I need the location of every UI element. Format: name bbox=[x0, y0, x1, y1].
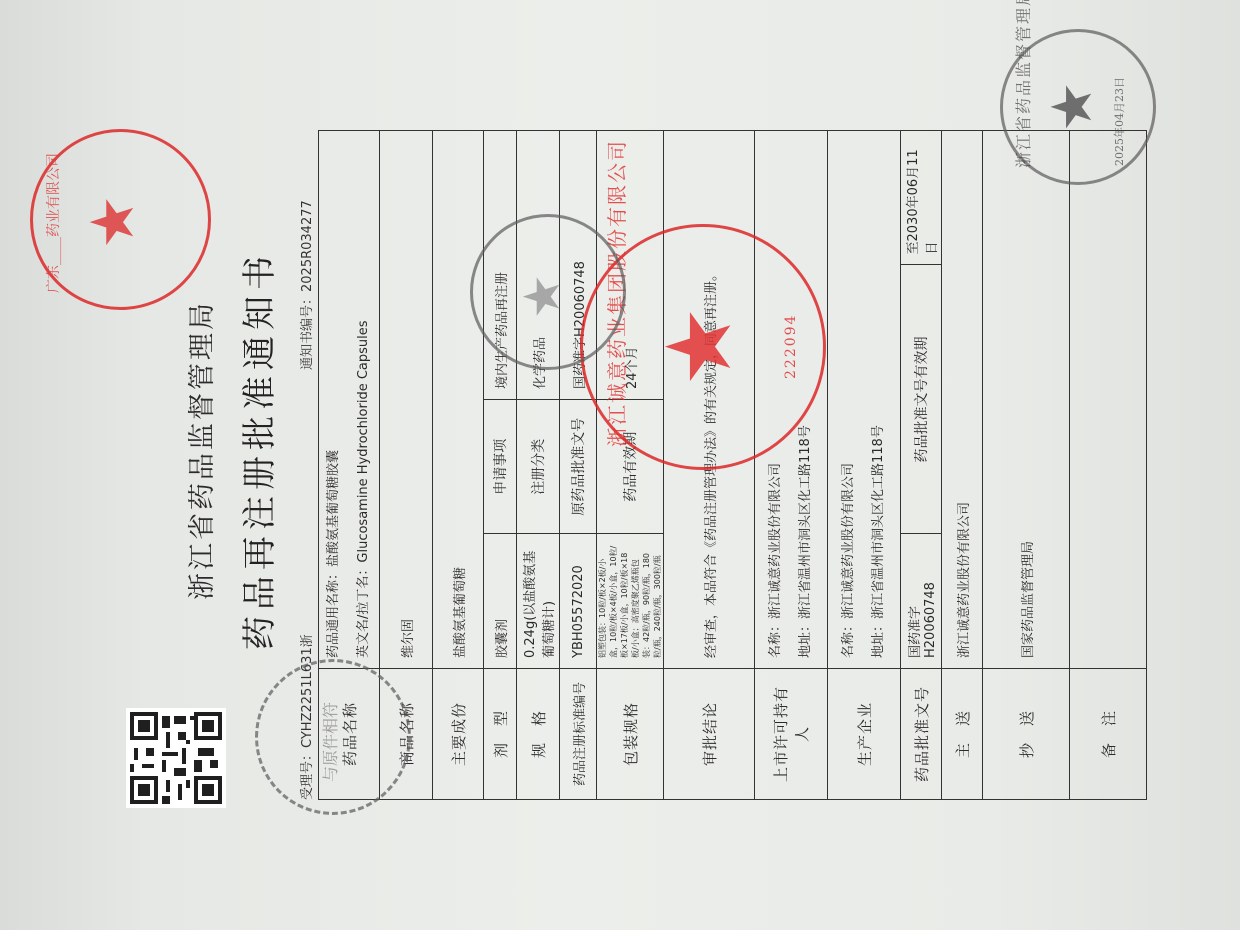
manufacturer-address: 地址：浙江省温州市洞头区化工路118号 bbox=[864, 141, 894, 658]
standard-label: 药品注册标准编号 bbox=[560, 669, 597, 800]
table-row: 药品注册标准编号 YBH05572020 原药品批准文号 国药准字H200607… bbox=[560, 131, 597, 800]
trade-name-value: 维尔固 bbox=[380, 131, 433, 669]
mah-address: 地址：浙江省温州市洞头区化工路118号 bbox=[791, 141, 821, 658]
standard-value: YBH05572020 bbox=[560, 534, 597, 669]
mah-name: 名称：浙江诚意药业股份有限公司 bbox=[761, 141, 791, 658]
table-row: 上市许可持有人 名称：浙江诚意药业股份有限公司 地址：浙江省温州市洞头区化工路1… bbox=[755, 131, 828, 800]
generic-name-label: 药品通用名称： bbox=[326, 567, 341, 658]
seal-star-icon: ★ bbox=[83, 195, 143, 249]
document-title: 药品再注册批准通知书 bbox=[232, 200, 281, 700]
english-name-label: 英文名/拉丁名： bbox=[356, 563, 371, 658]
cc-value: 国家药品监督管理局 bbox=[983, 131, 1070, 669]
table-row: 包装规格 铝塑包装：10粒/板×2板/小盒，10粒/板×4板/小盒，10粒/板×… bbox=[597, 131, 664, 800]
english-name-value: Glucosamine Hydrochloride Capsules bbox=[356, 320, 371, 562]
manufacturer-name: 名称：浙江诚意药业股份有限公司 bbox=[834, 141, 864, 658]
orig-approval-value: 国药准字H20060748 bbox=[560, 131, 597, 400]
pharmacy-seal-name: 广东____药业有限公司 bbox=[43, 153, 63, 293]
send-to-value: 浙江诚意药业股份有限公司 bbox=[942, 131, 983, 669]
orig-approval-label: 原药品批准文号 bbox=[560, 400, 597, 535]
remarks-label: 备 注 bbox=[1070, 669, 1147, 800]
mah-cell: 名称：浙江诚意药业股份有限公司 地址：浙江省温州市洞头区化工路118号 bbox=[755, 131, 828, 669]
approval-no-label: 药品批准文号 bbox=[901, 669, 942, 800]
table-row: 剂 型 胶囊剂 申请事项 境内生产药品再注册 bbox=[484, 131, 517, 800]
approval-no-value: 国药准字H20060748 bbox=[901, 534, 942, 669]
dosage-form-value: 胶囊剂 bbox=[484, 534, 517, 669]
drug-name-label: 药品名称 bbox=[319, 669, 380, 800]
dosage-form-label: 剂 型 bbox=[484, 669, 517, 800]
issuer-title: 浙江省药品监督管理局 bbox=[180, 200, 219, 700]
table-row: 备 注 bbox=[1070, 131, 1147, 800]
table-row: 规 格 0.24g(以盐酸氨基葡萄糖计) 注册分类 化学药品 bbox=[517, 131, 560, 800]
packaging-label: 包装规格 bbox=[597, 669, 664, 800]
spec-value: 0.24g(以盐酸氨基葡萄糖计) bbox=[517, 534, 560, 669]
seal-star-icon: ★ bbox=[1045, 82, 1101, 132]
shelf-life-value: 24个月 bbox=[597, 131, 664, 400]
table-row: 药品批准文号 国药准字H20060748 药品批准文号有效期 至2030年06月… bbox=[901, 131, 942, 800]
qr-code bbox=[126, 708, 226, 808]
reg-class-value: 化学药品 bbox=[517, 131, 560, 400]
notice-number: 通知书编号：2025R034277 bbox=[296, 200, 315, 370]
application-item-value: 境内生产药品再注册 bbox=[484, 131, 517, 400]
drug-name-cell: 药品通用名称：盐酸氨基葡萄糖胶囊 英文名/拉丁名：Glucosamine Hyd… bbox=[319, 131, 380, 669]
approval-validity-value: 至2030年06月11日 bbox=[901, 131, 942, 266]
table-row: 商品名称 维尔固 bbox=[380, 131, 433, 800]
table-row: 主 送 浙江诚意药业股份有限公司 bbox=[942, 131, 983, 800]
remarks-value bbox=[1070, 131, 1147, 669]
packaging-value: 铝塑包装：10粒/板×2板/小盒，10粒/板×4板/小盒，10粒/板×17板/小… bbox=[597, 534, 664, 669]
notice-number-value: 2025R034277 bbox=[300, 200, 315, 292]
registration-form-table: 药品名称 药品通用名称：盐酸氨基葡萄糖胶囊 英文名/拉丁名：Glucosamin… bbox=[318, 130, 1147, 800]
send-to-label: 主 送 bbox=[942, 669, 983, 800]
mah-label: 上市许可持有人 bbox=[755, 669, 828, 800]
table-row: 主要成份 盐酸氨基葡萄糖 bbox=[433, 131, 484, 800]
approval-validity-label: 药品批准文号有效期 bbox=[901, 265, 942, 534]
generic-name-value: 盐酸氨基葡萄糖胶囊 bbox=[326, 450, 341, 567]
ingredient-value: 盐酸氨基葡萄糖 bbox=[433, 131, 484, 669]
table-row: 抄 送 国家药品监督管理局 bbox=[983, 131, 1070, 800]
table-row: 生产企业 名称：浙江诚意药业股份有限公司 地址：浙江省温州市洞头区化工路118号 bbox=[828, 131, 901, 800]
receipt-number-label: 受理号： bbox=[300, 748, 315, 800]
manufacturer-cell: 名称：浙江诚意药业股份有限公司 地址：浙江省温州市洞头区化工路118号 bbox=[828, 131, 901, 669]
conclusion-value: 经审查，本品符合《药品注册管理办法》的有关规定，同意再注册。 bbox=[664, 131, 755, 669]
table-row: 审批结论 经审查，本品符合《药品注册管理办法》的有关规定，同意再注册。 bbox=[664, 131, 755, 800]
receipt-number-value: CYHZ2251L631浙 bbox=[300, 634, 315, 748]
receipt-number: 受理号：CYHZ2251L631浙 bbox=[296, 634, 315, 800]
shelf-life-label: 药品有效期 bbox=[597, 400, 664, 535]
manufacturer-label: 生产企业 bbox=[828, 669, 901, 800]
reg-class-label: 注册分类 bbox=[517, 400, 560, 535]
application-item-label: 申请事项 bbox=[484, 400, 517, 535]
notice-number-label: 通知书编号： bbox=[300, 292, 315, 370]
table-row: 药品名称 药品通用名称：盐酸氨基葡萄糖胶囊 英文名/拉丁名：Glucosamin… bbox=[319, 131, 380, 800]
cc-label: 抄 送 bbox=[983, 669, 1070, 800]
conclusion-label: 审批结论 bbox=[664, 669, 755, 800]
spec-label: 规 格 bbox=[517, 669, 560, 800]
trade-name-label: 商品名称 bbox=[380, 669, 433, 800]
ingredient-label: 主要成份 bbox=[433, 669, 484, 800]
document-page: 浙江省药品监督管理局 药品再注册批准通知书 受理号：CYHZ2251L631浙 … bbox=[0, 0, 1240, 930]
